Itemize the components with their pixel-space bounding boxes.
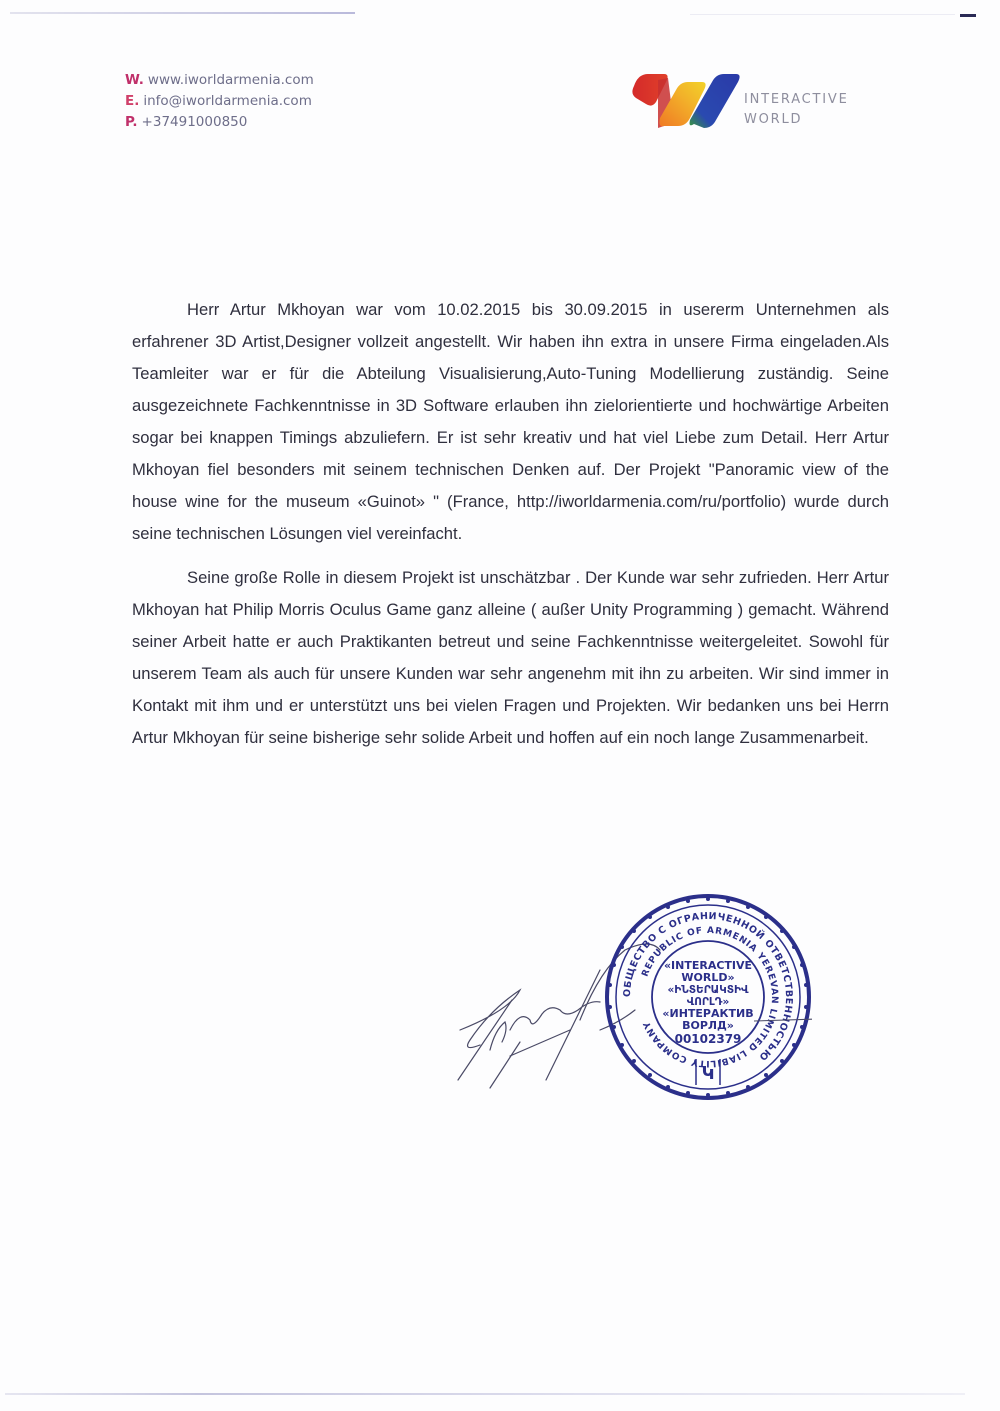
- svg-text:ВОРЛД»: ВОРЛД»: [682, 1019, 734, 1032]
- contact-label: W.: [125, 72, 144, 88]
- contact-email: E.info@iworldarmenia.com: [125, 91, 314, 112]
- website-link[interactable]: www.iworldarmenia.com: [148, 72, 314, 88]
- phone-number: +37491000850: [142, 114, 248, 130]
- letter-body: Herr Artur Mkhoyan war vom 10.02.2015 bi…: [132, 294, 889, 754]
- company-seal-icon: ОБЩЕСТВО С ОГРАНИЧЕННОЙ ОТВЕТСТВЕННОСТЬЮ…: [604, 893, 812, 1101]
- paragraph: Herr Artur Mkhoyan war vom 10.02.2015 bi…: [132, 294, 889, 550]
- svg-text:WORLD»: WORLD»: [681, 971, 734, 984]
- paragraph: Seine große Rolle in diesem Projekt ist …: [132, 562, 889, 754]
- contact-website: W.www.iworldarmenia.com: [125, 70, 314, 91]
- scan-artifact-line: [10, 12, 355, 14]
- scan-artifact-line: [5, 1393, 965, 1395]
- logo-text-line2: WORLD: [744, 110, 849, 130]
- svg-text:00102379: 00102379: [675, 1032, 742, 1046]
- logo-text-line1: INTERACTIVE: [744, 90, 849, 110]
- contact-block: W.www.iworldarmenia.com E.info@iworldarm…: [125, 70, 314, 133]
- rainbow-ribbon-logo-icon: [628, 68, 743, 136]
- contact-label: P.: [125, 114, 138, 130]
- email-link[interactable]: info@iworldarmenia.com: [143, 93, 312, 109]
- contact-phone: P.+37491000850: [125, 112, 314, 133]
- scan-artifact-mark: [960, 14, 976, 17]
- logo-wordmark: INTERACTIVE WORLD: [744, 90, 849, 130]
- contact-label: E.: [125, 93, 139, 109]
- company-logo: INTERACTIVE WORLD: [628, 68, 858, 136]
- svg-text:Կ: Կ: [702, 1063, 715, 1084]
- scan-artifact-line: [690, 14, 955, 15]
- letter-page: W.www.iworldarmenia.com E.info@iworldarm…: [0, 0, 1000, 1411]
- svg-text:«ԻՆՏԵՐԱԿՏԻՎ: «ԻՆՏԵՐԱԿՏԻՎ: [667, 984, 749, 996]
